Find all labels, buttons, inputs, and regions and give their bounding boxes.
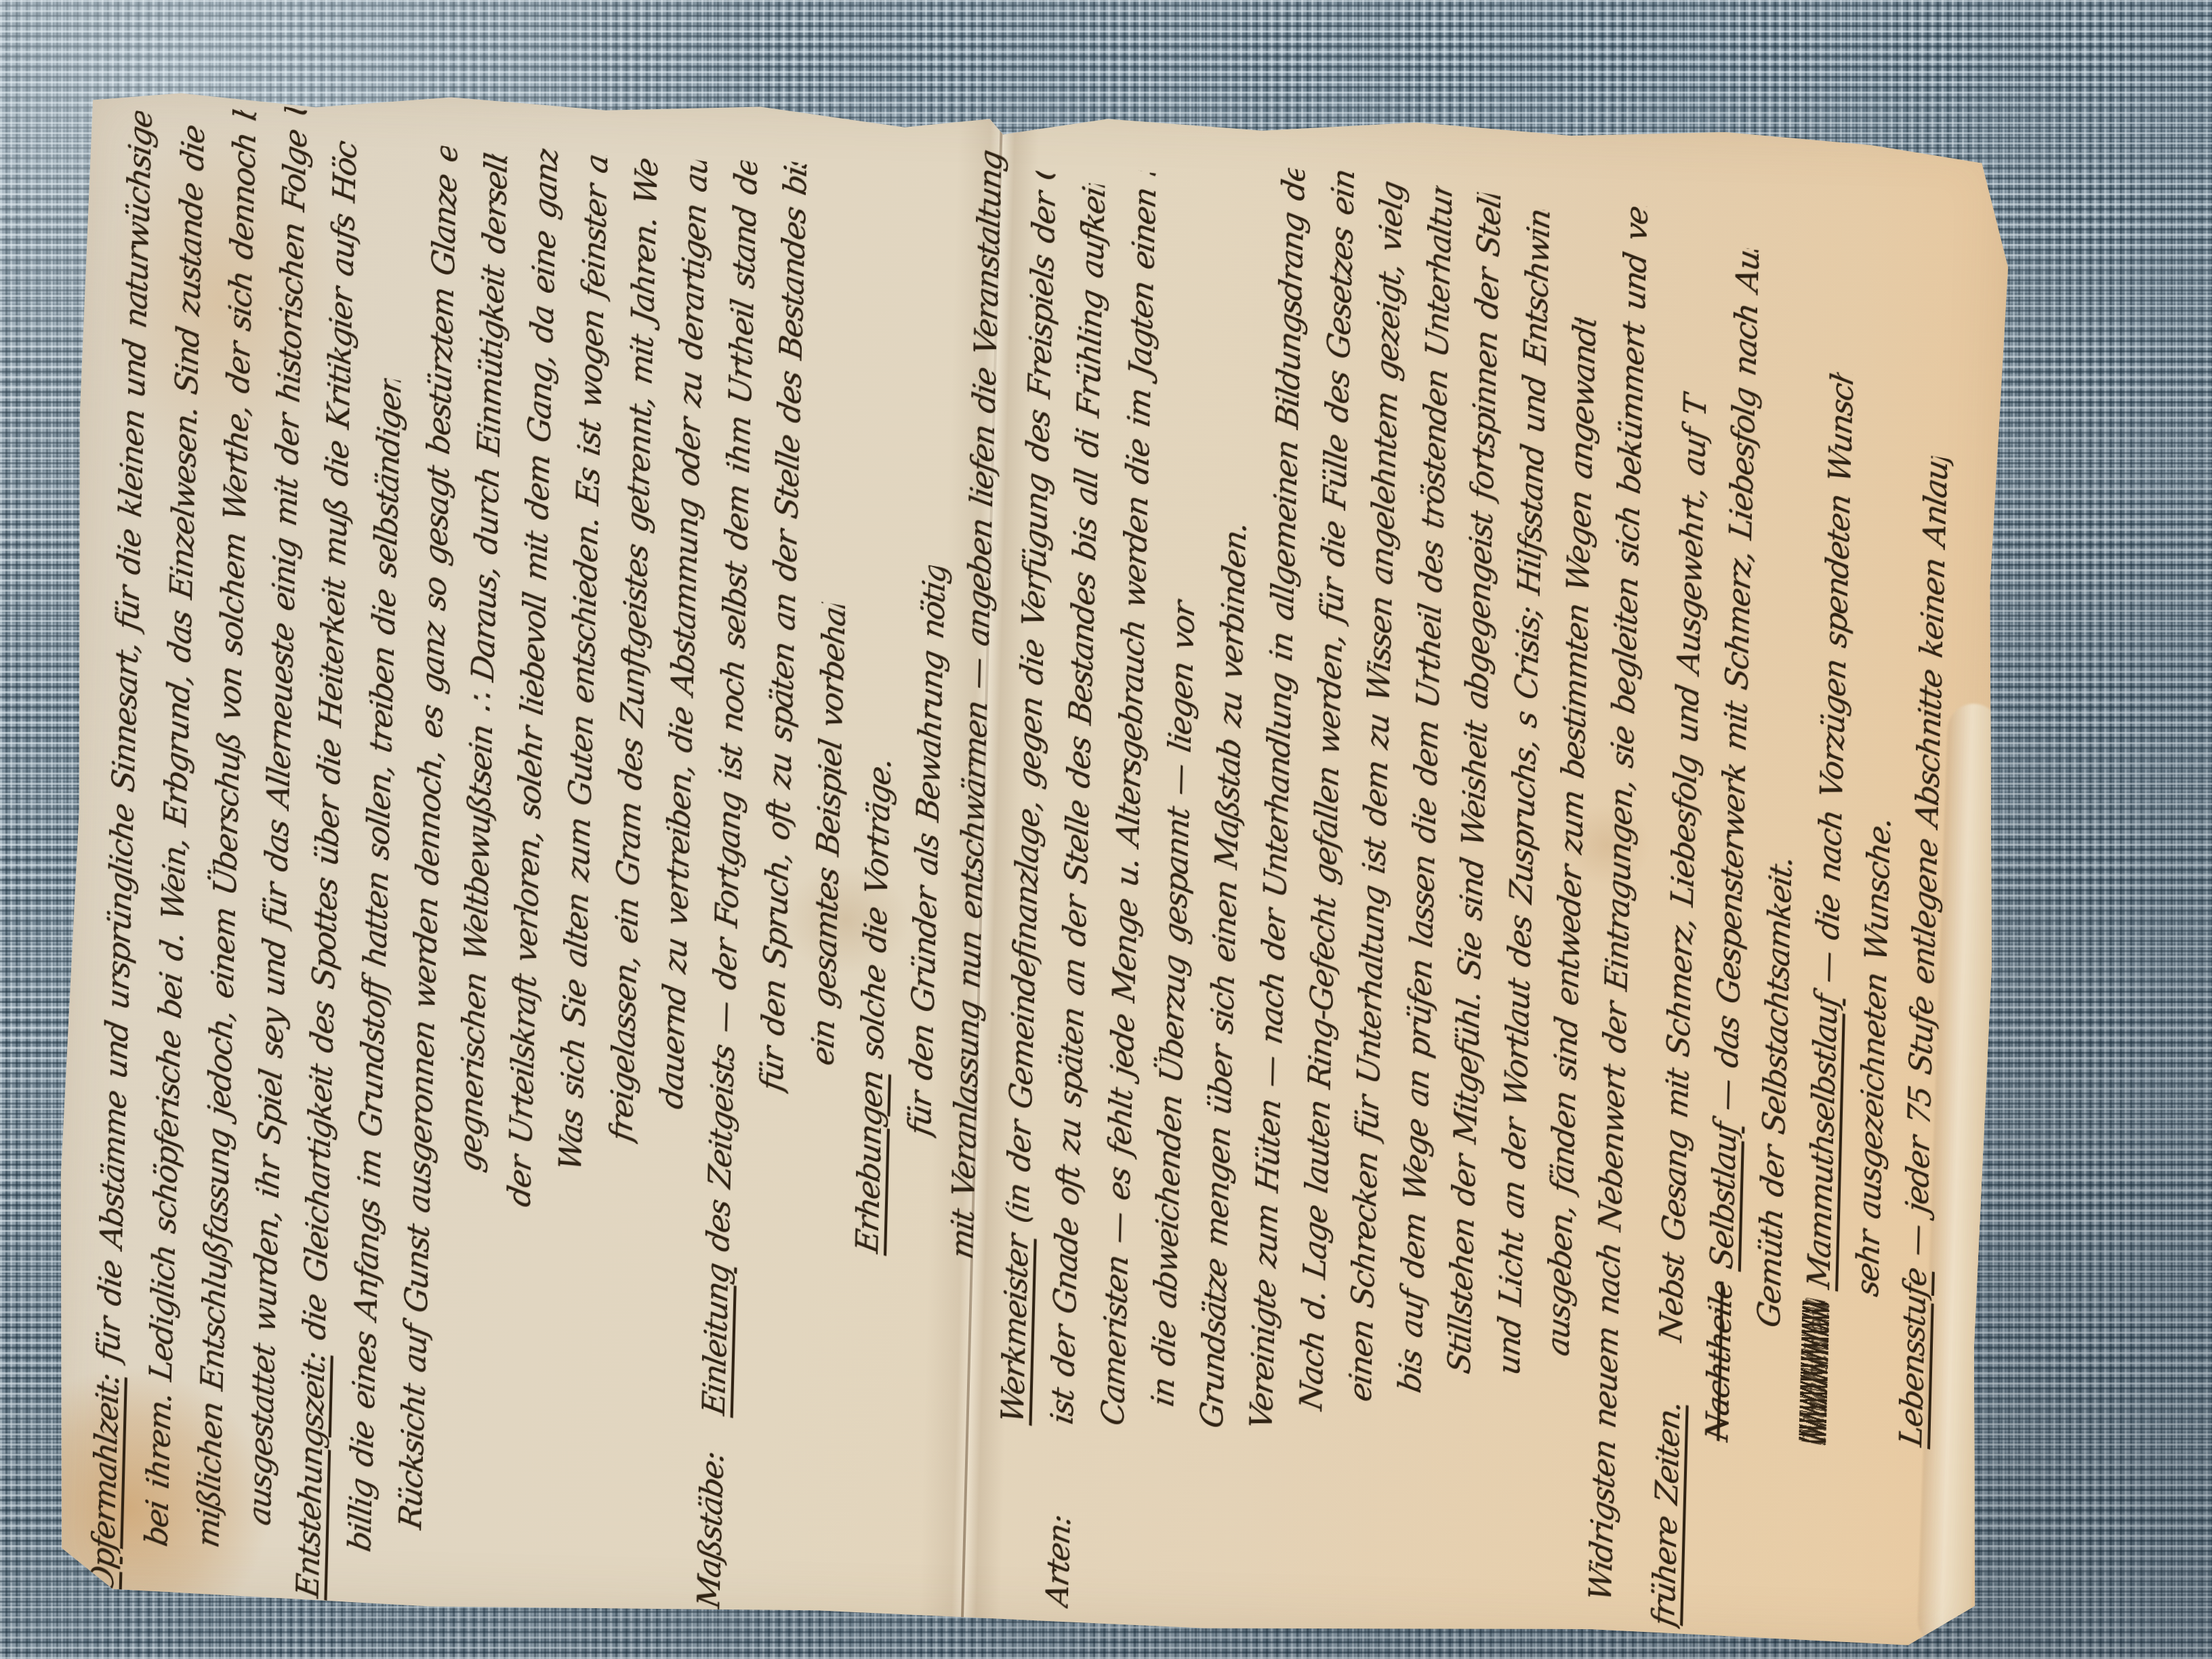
underlined-heading: Mammuthselbstlauf bbox=[1800, 992, 1844, 1291]
underlined-heading: Opfermahlzeit: bbox=[84, 1371, 126, 1595]
underlined-heading: Einleitung bbox=[695, 1261, 736, 1418]
handwriting-sheet: Opfermahlzeit: für die Abstämme und ursp… bbox=[45, 80, 2015, 1652]
handwriting-line: frühere Zeiten. bbox=[1641, 1361, 1697, 1631]
underlined-heading: Lebensstufe bbox=[1892, 1265, 1933, 1450]
handwriting-text: Maßstäbe: bbox=[690, 1449, 731, 1611]
handwriting-text: Arten: bbox=[1039, 1513, 1078, 1610]
underlined-heading: Erhebungen bbox=[848, 1068, 890, 1256]
handwriting-line: Arten: bbox=[1036, 1443, 1088, 1612]
handwriting-text: solche die Vorträge. bbox=[853, 756, 898, 1075]
handwriting-line: Maßstäbe: bbox=[687, 1431, 739, 1612]
underlined-heading: Entstehungszeit: bbox=[289, 1349, 332, 1601]
scribbled-out-word: Nachtheil bbox=[1796, 1298, 1836, 1447]
underlined-heading: frühere Zeiten. bbox=[1645, 1399, 1687, 1629]
underlined-heading: Selbstlauf bbox=[1703, 1120, 1743, 1272]
handwriting-text: Gemüth der Selbstachtsamkeit. bbox=[1750, 854, 1799, 1330]
photo-of-manuscript: Opfermahlzeit: für die Abstämme und ursp… bbox=[0, 0, 2212, 1659]
manuscript-paper: Opfermahlzeit: für die Abstämme und ursp… bbox=[45, 80, 2015, 1652]
handwriting-text: sehr ausgezeichneten Wunsche. bbox=[1849, 815, 1898, 1299]
handwriting-text: ein gesamtes Beispiel vorbehalte. bbox=[804, 600, 853, 1069]
struck-through-word: Nachtheile bbox=[1698, 1278, 1739, 1444]
handwriting-text: — die nach Vorzügen spendeten Wunsch bbox=[1808, 369, 1861, 1000]
underlined-heading: Werkmeister bbox=[994, 1232, 1036, 1425]
handwriting-text: — jeder 75 Stufe entlegene Abschnitte ke… bbox=[1897, 453, 1955, 1272]
